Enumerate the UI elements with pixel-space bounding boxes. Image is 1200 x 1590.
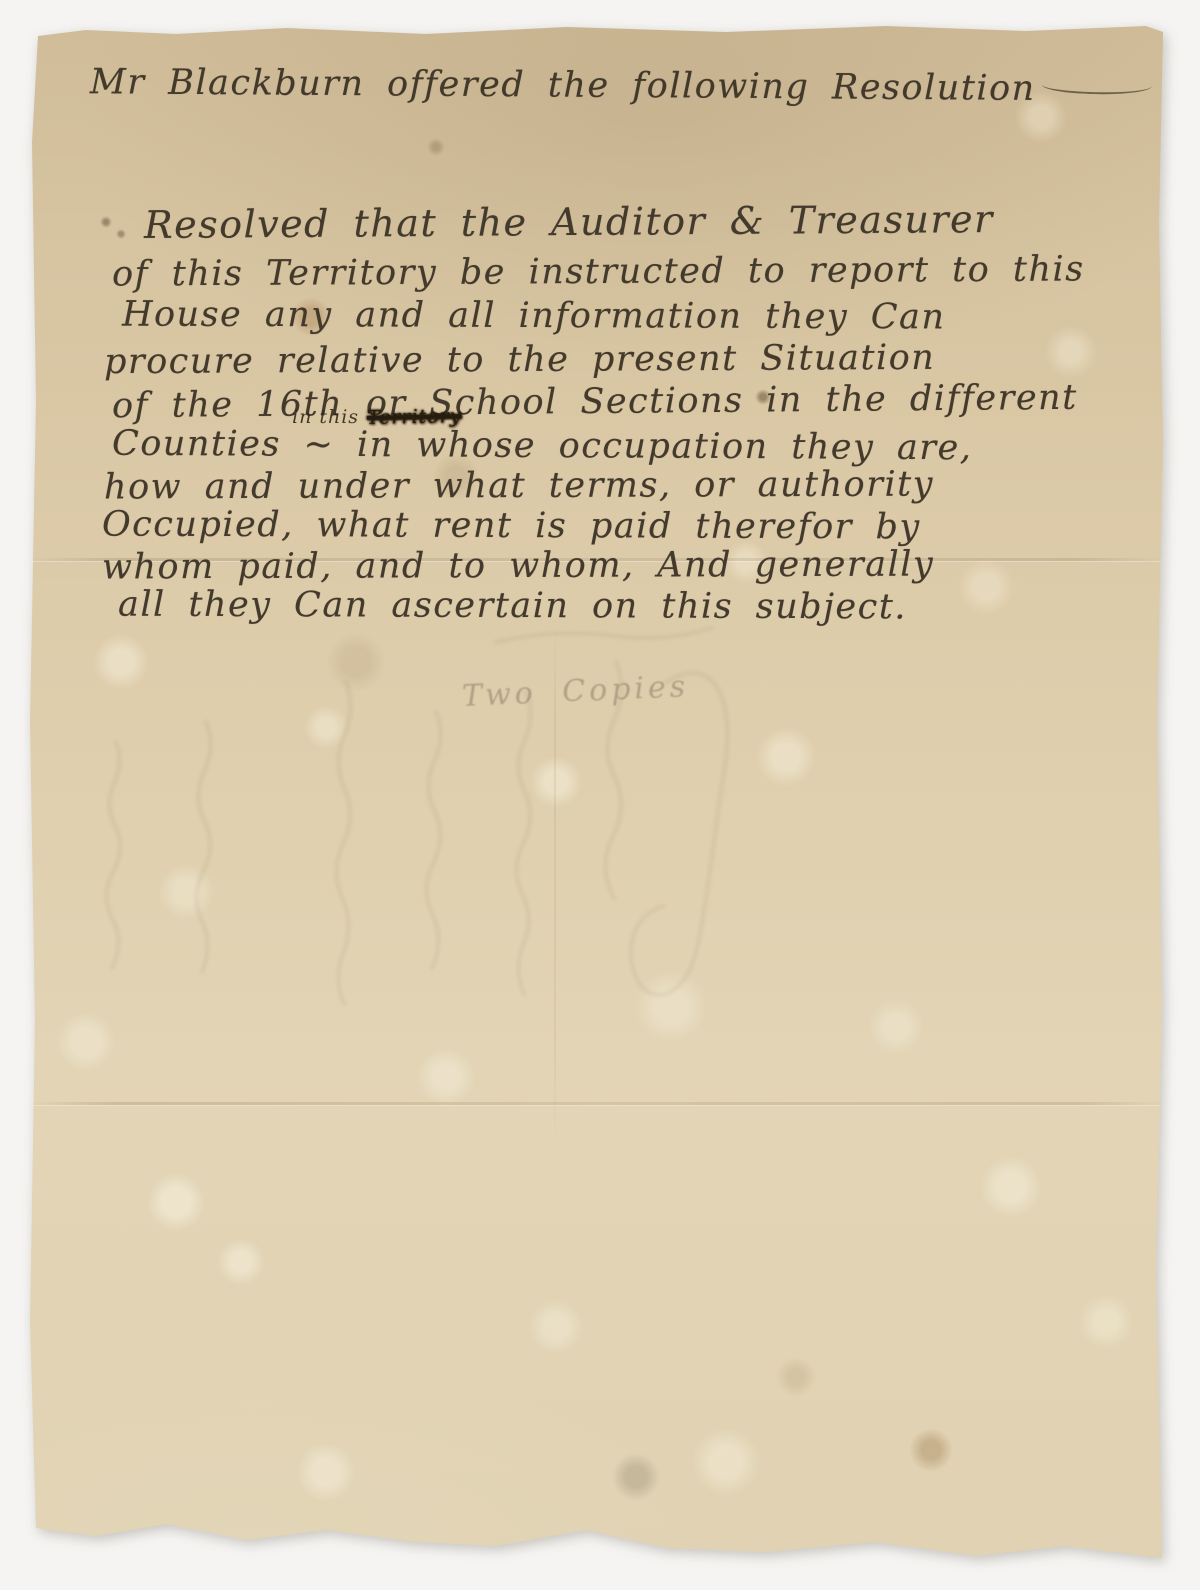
struck-word: Territory [367, 405, 462, 429]
paper-shadow-wrap: Mr Blackburn offered the following Resol… [0, 0, 1200, 1590]
body-line: how and under what terms, or authority [104, 465, 934, 508]
body-line: Occupied, what rent is paid therefor by [102, 505, 921, 548]
header-line: Mr Blackburn offered the following Resol… [90, 62, 1152, 109]
scanned-manuscript: Mr Blackburn offered the following Resol… [0, 0, 1200, 1590]
body-line: whom paid, and to whom, And generally [102, 545, 934, 588]
body-line: of the 16th or School Sections in the di… [112, 378, 1078, 426]
manuscript-page: Mr Blackburn offered the following Resol… [26, 22, 1168, 1562]
body-line: Resolved that the Auditor & Treasurer [144, 197, 994, 247]
header-line-text: Mr Blackburn offered the following Resol… [90, 62, 1036, 109]
body-line: procure relative to the present Situatio… [104, 338, 935, 382]
pencil-note: Two Copies [461, 669, 689, 714]
interlineation-text: in this [292, 406, 359, 428]
body-line: Counties ~ in whose occupation they are, [112, 424, 973, 469]
body-line: of this Territory be instructed to repor… [112, 249, 1085, 294]
body-line: House any and all information they Can [122, 295, 946, 338]
fold-crease-lower [26, 1102, 1168, 1105]
flourish-stroke [1041, 74, 1152, 97]
interlineation: in thisTerritory [292, 406, 462, 428]
body-line: all they Can ascertain on this subject. [118, 585, 907, 628]
